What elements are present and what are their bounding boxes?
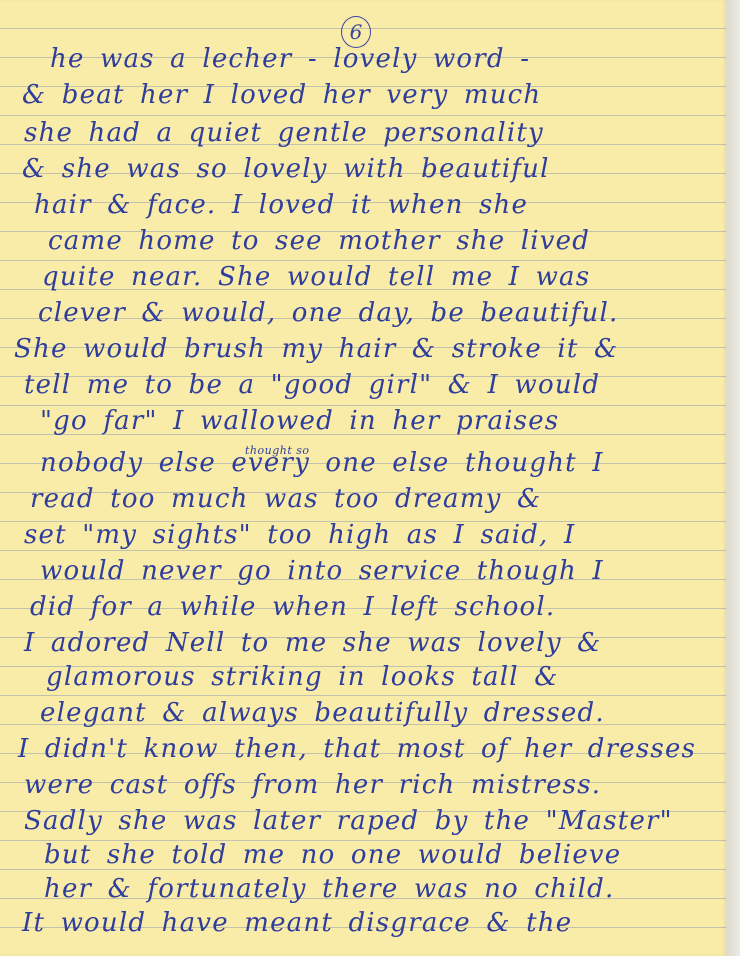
text-line-13: read too much was too dreamy &: [30, 484, 541, 514]
text-line-4: & she was so lovely with beautiful: [22, 154, 550, 184]
letter-page: 6 he was a lecher - lovely word - & beat…: [0, 0, 726, 956]
text-line-14: set "my sights" too high as I said, I: [24, 520, 575, 550]
text-line-9: She would brush my hair & stroke it &: [14, 334, 618, 364]
text-line-22: Sadly she was later raped by the "Master…: [24, 806, 673, 836]
text-line-6: came home to see mother she lived: [48, 226, 590, 256]
text-line-3: she had a quiet gentle personality: [24, 118, 544, 148]
text-line-19: elegant & always beautifully dressed.: [40, 698, 605, 728]
scan-edge: [726, 0, 740, 956]
text-line-21: were cast offs from her rich mistress.: [24, 770, 601, 800]
text-line-18: glamorous striking in looks tall &: [46, 662, 559, 692]
text-line-17: I adored Nell to me she was lovely &: [24, 628, 602, 658]
text-line-11: "go far" I wallowed in her praises: [40, 406, 559, 436]
text-line-1: he was a lecher - lovely word -: [50, 44, 530, 74]
text-line-16: did for a while when I left school.: [30, 592, 555, 622]
text-line-15: would never go into service though I: [40, 556, 604, 586]
text-line-23: but she told me no one would believe: [44, 840, 621, 870]
text-line-12: nobody else every one else thought I: [40, 448, 604, 478]
text-line-25: It would have meant disgrace & the: [22, 908, 572, 938]
text-line-20: I didn't know then, that most of her dre…: [18, 734, 696, 764]
text-line-10: tell me to be a "good girl" & I would: [24, 370, 600, 400]
text-line-24: her & fortunately there was no child.: [44, 874, 614, 904]
text-line-8: clever & would, one day, be beautiful.: [38, 298, 618, 328]
text-line-5: hair & face. I loved it when she: [34, 190, 528, 220]
text-line-2: & beat her I loved her very much: [22, 80, 541, 110]
text-line-7: quite near. She would tell me I was: [42, 262, 590, 292]
